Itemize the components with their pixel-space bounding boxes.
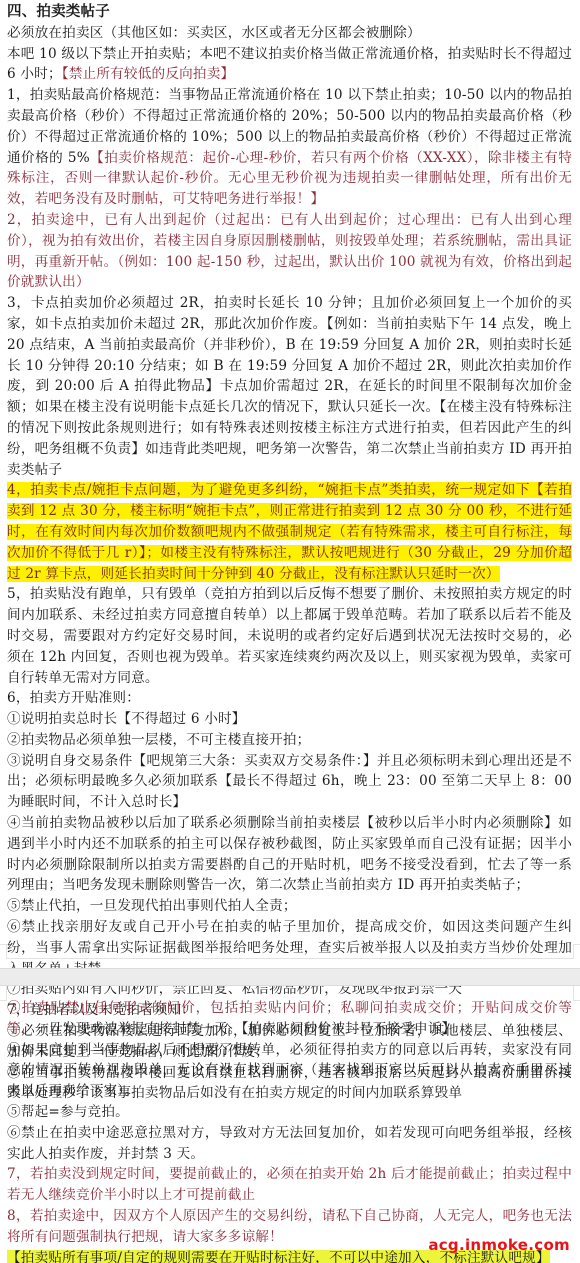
rule-6-item-4: ④当前拍卖物品被秒以后加了联系必须删除当前拍卖楼层【被秒以后半小时内必须删除】如… bbox=[7, 813, 572, 896]
rule-7-item-3-text: 一旦发现或被举报直接封禁一天。【拍卖贴问秒价被封号不接受申诉】 bbox=[35, 1021, 456, 1037]
rules-block-top: 四、拍卖类帖子 必须放在拍卖区（其他区如：买卖区，水区或者无分区都会被删除） 本… bbox=[0, 2, 580, 1104]
intro-line-2-red-note: 【禁止所有较低的反向拍卖】 bbox=[62, 66, 235, 82]
watermark: acg.inmoke.com bbox=[428, 1236, 570, 1254]
rule-4-highlight: 4，拍卖卡点/婉拒卡点问题，为了避免更多纠纷，“婉拒卡点”类拍卖，统一规定如下【… bbox=[7, 482, 572, 581]
section-title: 四、拍卖类帖子 bbox=[7, 2, 572, 23]
page-corner-mark bbox=[573, 944, 580, 959]
rule-7b: 7，若拍卖没到规定时间，要提前截止的，必须在拍卖开始 2h 后才能提前截止；拍卖… bbox=[7, 1164, 572, 1206]
rule-1: 1，拍卖贴最高价格规范：当事物品正常流通价格在 10 以下禁止拍卖；10-50 … bbox=[7, 85, 572, 210]
rule-7-item-6: ⑥禁止在拍卖中途恶意拉黑对方，导致对方无法回复加价，如若发现可向吧务组举报，经核… bbox=[7, 1123, 572, 1165]
rule-3: 3，卡点拍卖加价必须超过 2R，拍卖时长延长 10 分钟；且加价必须回复上一个加… bbox=[7, 293, 572, 480]
intro-line-1: 必须放在拍卖区（其他区如：买卖区，水区或者无分区都会被删除） bbox=[7, 23, 572, 44]
rule-3-text: 3，卡点拍卖加价必须超过 2R，拍卖时长延长 10 分钟；且加价必须回复上一个加… bbox=[7, 295, 572, 415]
rule-5: 5，拍卖贴没有跑单，只有毁单（竞拍方拍到以后反悔不想要了删价、未按照拍卖方规定的… bbox=[7, 584, 572, 688]
page-break-line bbox=[6, 958, 574, 959]
rule-2: 2，拍卖途中，已有人出到起价（过起出：已有人出到起价；过心理出：已有人出到心理价… bbox=[7, 210, 572, 293]
rule-6-item-2: ②拍卖物品必须单独一层楼，不可主楼直接开拍； bbox=[7, 730, 572, 751]
rule-6-item-3: ③说明自身交易条件【吧规第三大条：买卖双方交易条件：】并且必须标明未到心理出还是… bbox=[7, 751, 572, 813]
intro-line-2: 本吧 10 级以下禁止开拍卖贴；本吧不建议拍卖价格当做正常流通价格，拍卖贴时长不… bbox=[7, 44, 572, 86]
rule-6-item-1: ①说明拍卖总时长【不得超过 6 小时】 bbox=[7, 709, 572, 730]
rule-7-item-5: ⑤帮起=参与竞拍。 bbox=[7, 1102, 572, 1123]
rule-7-item-3: ③拍卖贴禁止任何形式的问价，包括拍卖贴内问价；私聊问拍卖成交价；开贴问成交价等等… bbox=[7, 998, 572, 1040]
rules-block-bottom: ③拍卖贴禁止任何形式的问价，包括拍卖贴内问价；私聊问拍卖成交价；开贴问成交价等等… bbox=[0, 998, 580, 1263]
rule-7-item-4: ④如果竞拍到当事物品以后不想要了想转单，必须征得拍卖方的同意以后再转，卖家没有同… bbox=[7, 1040, 572, 1102]
rule-6-title: 6，拍卖方开贴准则： bbox=[7, 688, 572, 709]
rule-4: 4，拍卖卡点/婉拒卡点问题，为了避免更多纠纷，“婉拒卡点”类拍卖，统一规定如下【… bbox=[7, 480, 572, 584]
rule-1-red-note: 【拍卖价格规范：起价-心理-秒价，若只有两个价格（XX-XX），除非楼主有特殊标… bbox=[7, 150, 572, 208]
page-corner-mark bbox=[0, 944, 7, 959]
page-separator-band bbox=[0, 968, 580, 986]
rule-6-item-5: ⑤禁止代拍，一旦发现代拍出事则代拍人全责； bbox=[7, 896, 572, 917]
